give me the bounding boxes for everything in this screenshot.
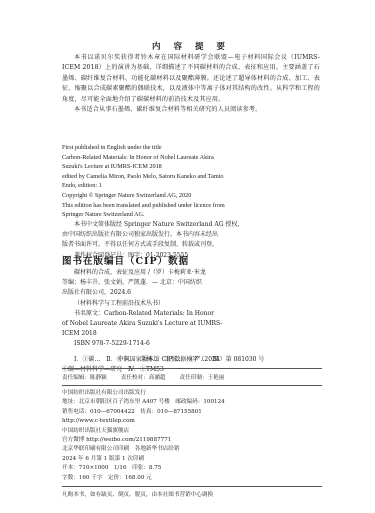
publisher-website: http://www.c-textilep.com: [62, 417, 320, 426]
price-line: 字数：160 千字 定价：168.00 元: [62, 474, 320, 483]
isbn: ISBN 978-7-5229-1714-6: [62, 339, 320, 349]
english-line: Copyright © Springer Nature Switzerland …: [62, 191, 320, 201]
english-line: This edition has been translated and pub…: [62, 201, 320, 211]
english-copyright-block: First published in English under the tit…: [62, 143, 320, 220]
footer-notice: 凡购本书，如有缺页、倒页、脱页，由本社图书营销中心调换: [62, 490, 320, 500]
footer-notice-wrap: 凡购本书，如有缺页、倒页、脱页，由本社图书营销中心调换: [62, 490, 320, 500]
abstract-paragraph-2: 本书适合从事石墨烯、碳纤维复合材料等相关研究的人员阅读参考。: [62, 105, 320, 115]
publisher-address: 地址：北京市朝阳区百子湾东里 A407 号楼 邮政编码：100124: [62, 398, 320, 407]
english-line: Suzuki's Lecture at IUMRS-ICEM 2018: [62, 162, 320, 172]
license-line: 本书中文简体版经 Springer Nature Switzerland AG …: [62, 220, 320, 230]
cip-number: 中国国家版本馆 CIP 数据核字（2024）第 081030 号: [62, 354, 320, 363]
editor-credit: 责任编辑：陈静颖: [62, 373, 107, 381]
cip-title: 图书在版编目（CIP）数据: [62, 253, 320, 267]
abstract-body: 本书以诺贝尔奖获得者铃木章在国际材料研学会联盟—电子材料国际会议（IUMRS-I…: [62, 53, 320, 115]
format-line: 开本：710×1000 1/16 印张：8.75: [62, 464, 320, 473]
english-line: Springer Nature Switzerland AG.: [62, 210, 320, 220]
english-line: Endo, edition: 1: [62, 181, 320, 191]
publisher-phone: 销售电话：010—67004422 传真：010—87155801: [62, 408, 320, 417]
english-line: First published in English under the tit…: [62, 143, 320, 153]
divider: [62, 486, 322, 487]
publisher-store: 中国纺织出版社天猫旗舰店: [62, 427, 320, 436]
cip-line: 出版社有限公司，2024.6: [62, 288, 320, 298]
credits-row: 责任编辑：陈静颖 责任校对：高涵超 责任印制：王艳丽: [62, 373, 320, 381]
proofreader-credit: 责任校对：高涵超: [121, 373, 166, 381]
english-line: edited by Camelia Miron, Paolo Melo, Sat…: [62, 172, 320, 182]
printing-credit: 责任印制：王艳丽: [180, 373, 225, 381]
cip-line: ICEM 2018: [62, 329, 320, 339]
publisher-weibo: 官方微博 http://weibo.com/2119887771: [62, 436, 320, 445]
divider: [62, 385, 322, 386]
divider: [62, 368, 322, 369]
publisher-info: 中国纺织出版社有限公司出版发行 地址：北京市朝阳区百子湾东里 A407 号楼 邮…: [62, 389, 320, 483]
english-line: Carbon-Related Materials: In Honor of No…: [62, 153, 320, 163]
cip-line: 书名原文：Carbon-Related Materials: In Honor: [62, 309, 320, 319]
license-line: 版者书面许可，不得以任何方式或手段复制、转载或刊登。: [62, 240, 320, 250]
cip-line: 等编；杨丰升，张文娟，严凯蓬．— 北京：中国纺织: [62, 278, 320, 288]
cip-series: （材料科学与工程前沿技术丛书）: [62, 299, 320, 309]
abstract-heading: 内 容 提 要: [62, 40, 320, 52]
abstract-paragraph-1: 本书以诺贝尔奖获得者铃木章在国际材料研学会联盟—电子材料国际会议（IUMRS-I…: [62, 53, 320, 105]
printer-line: 北京华联印刷有限公司印刷 各地新华书店经销: [62, 445, 320, 454]
edition-line: 2024 年 6 月第 1 版第 1 次印刷: [62, 455, 320, 464]
publisher-line: 中国纺织出版社有限公司出版发行: [62, 389, 320, 398]
cip-line: 碳材料的合成、表征及应用 /（罗）卡梅莉亚·米龙: [62, 268, 320, 278]
license-line: 由中国纺织出版社有限公司独家出版发行。本书内容未经出: [62, 230, 320, 240]
cip-line: of Nobel Laureate Akira Suzuki's Lecture…: [62, 319, 320, 329]
